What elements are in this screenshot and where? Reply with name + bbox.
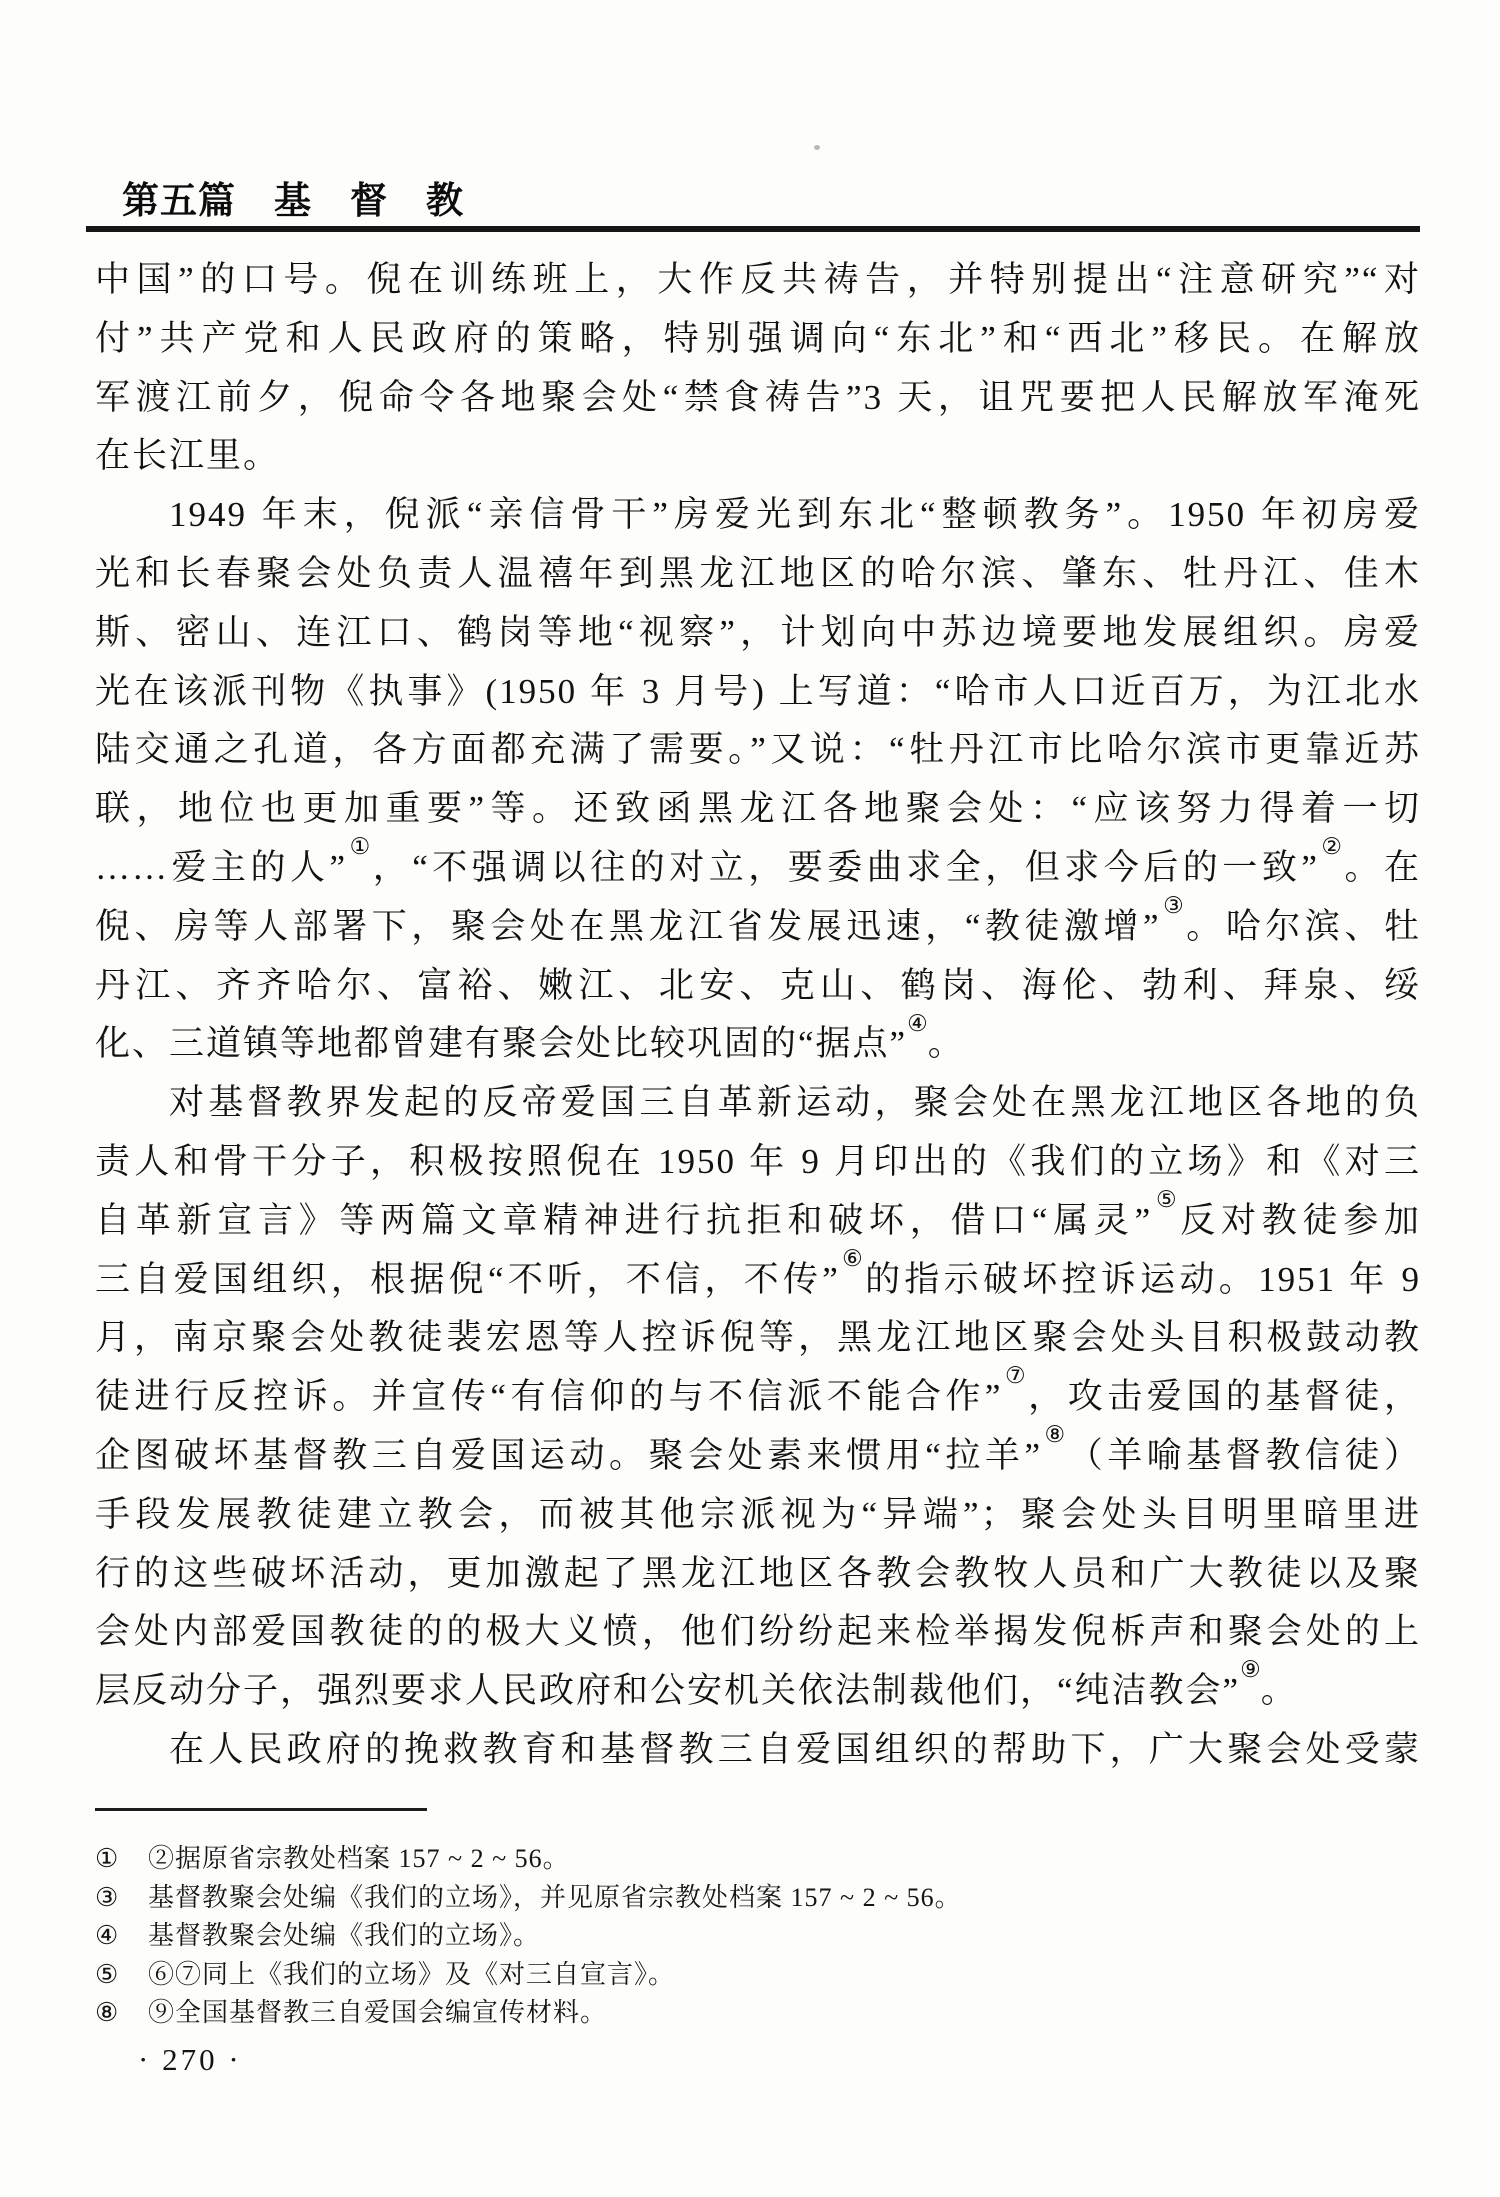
text-line: 企图破坏基督教三自爱国运动。聚会处素来惯用“拉羊”⑧（羊喻基督教信徒） [95, 1427, 1421, 1486]
text-line: 斯、密山、连江口、鹤岗等地“视察”，计划向中苏边境要地发展组织。房爱 [95, 604, 1421, 663]
footnote-item: ⑧⑨全国基督教三自爱国会编宣传材料。 [95, 1994, 1421, 2033]
text-line: 会处内部爱国教徒的的极大义愤，他们纷纷起来检举揭发倪柝声和聚会处的上 [95, 1603, 1421, 1662]
footnote-item: ④基督教聚会处编《我们的立场》。 [95, 1917, 1421, 1956]
text-line: 在人民政府的挽救教育和基督教三自爱国组织的帮助下，广大聚会处受蒙 [95, 1721, 1421, 1780]
footnote-ref: ⑤ [1152, 1187, 1180, 1212]
footnote-item: ①②据原省宗教处档案 157 ~ 2 ~ 56。 [95, 1840, 1421, 1879]
text-line: 军渡江前夕，倪命令各地聚会处“禁食祷告”3 天，诅咒要把人民解放军淹死 [95, 369, 1421, 428]
text-line: 自革新宣言》等两篇文章精神进行抗拒和破坏，借口“属灵”⑤反对教徒参加 [95, 1192, 1421, 1251]
footnote-separator [95, 1808, 427, 1811]
page-number: · 270 · [138, 2042, 242, 2078]
footnote-marker: ③ [95, 1879, 148, 1918]
body-text: 中国”的口号。倪在训练班上，大作反共祷告，并特别提出“注意研究”“对付”共产党和… [95, 251, 1421, 1780]
footnote-item: ⑤⑥⑦同上《我们的立场》及《对三自宣言》。 [95, 1956, 1421, 1995]
text-line: 手段发展教徒建立教会，而被其他宗派视为“异端”；聚会处头目明里暗里进 [95, 1486, 1421, 1545]
footnote-item: ③基督教聚会处编《我们的立场》，并见原省宗教处档案 157 ~ 2 ~ 56。 [95, 1879, 1421, 1918]
scan-speck [814, 145, 820, 150]
footnote-text: ②据原省宗教处档案 157 ~ 2 ~ 56。 [148, 1844, 570, 1873]
footnote-marker: ① [95, 1840, 148, 1879]
footnote-text: 基督教聚会处编《我们的立场》。 [148, 1921, 540, 1950]
footnote-marker: ⑤ [95, 1956, 148, 1995]
running-header: 第五篇 基 督 教 [122, 170, 464, 224]
footnote-text: ⑨全国基督教三自爱国会编宣传材料。 [148, 1998, 607, 2027]
footnote-ref: ③ [1161, 893, 1187, 918]
footnote-marker: ④ [95, 1917, 148, 1956]
footnote-ref: ⑦ [1002, 1363, 1028, 1388]
footnote-text: 基督教聚会处编《我们的立场》，并见原省宗教处档案 157 ~ 2 ~ 56。 [148, 1883, 962, 1912]
footnote-ref: ② [1319, 834, 1345, 859]
text-line: 丹江、齐齐哈尔、富裕、嫩江、北安、克山、鹤岗、海伦、勃利、拜泉、绥 [95, 957, 1421, 1016]
text-line: 三自爱国组织，根据倪“不听，不信，不传”⑥的指示破坏控诉运动。1951 年 9 [95, 1251, 1421, 1310]
text-line: 月，南京聚会处教徒裴宏恩等人控诉倪等，黑龙江地区聚会处头目积极鼓动教 [95, 1309, 1421, 1368]
header-rule [86, 226, 1420, 232]
footnote-marker: ⑧ [95, 1994, 148, 2033]
footnote-ref: ⑧ [1042, 1422, 1068, 1447]
footnote-text: ⑥⑦同上《我们的立场》及《对三自宣言》。 [148, 1960, 675, 1989]
text-line: 化、三道镇等地都曾建有聚会处比较巩固的“据点”④。 [95, 1015, 1421, 1074]
text-line: ……爱主的人”①，“不强调以往的对立，要委曲求全，但求今后的一致”②。在 [95, 839, 1421, 898]
text-line: 倪、房等人部署下，聚会处在黑龙江省发展迅速，“教徒激增”③。哈尔滨、牡 [95, 898, 1421, 957]
text-line: 对基督教界发起的反帝爱国三自革新运动，聚会处在黑龙江地区各地的负 [95, 1074, 1421, 1133]
text-line: 光在该派刊物《执事》(1950 年 3 月号) 上写道：“哈市人口近百万，为江北… [95, 663, 1421, 722]
text-line: 联，地位也更加重要”等。还致函黑龙江各地聚会处：“应该努力得着一切 [95, 780, 1421, 839]
text-line: 层反动分子，强烈要求人民政府和公安机关依法制裁他们，“纯洁教会”⑨。 [95, 1662, 1421, 1721]
text-line: 责人和骨干分子，积极按照倪在 1950 年 9 月印出的《我们的立场》和《对三 [95, 1133, 1421, 1192]
footnote-ref: ④ [907, 1011, 928, 1036]
text-line: 陆交通之孔道，各方面都充满了需要。”又说：“牡丹江市比哈尔滨市更靠近苏 [95, 721, 1421, 780]
text-line: 在长江里。 [95, 427, 1421, 486]
text-line: 光和长春聚会处负责人温禧年到黑龙江地区的哈尔滨、肇东、牡丹江、佳木 [95, 545, 1421, 604]
text-line: 行的这些破坏活动，更加激起了黑龙江地区各教会教牧人员和广大教徒以及聚 [95, 1545, 1421, 1604]
text-line: 1949 年末，倪派“亲信骨干”房爱光到东北“整顿教务”。1950 年初房爱 [95, 486, 1421, 545]
text-line: 徒进行反控诉。并宣传“有信仰的与不信派不能合作”⑦，攻击爱国的基督徒， [95, 1368, 1421, 1427]
footnote-ref: ⑨ [1240, 1657, 1261, 1682]
footnote-ref: ① [347, 834, 373, 859]
section-title: 第五篇 基 督 教 [122, 180, 464, 221]
text-line: 付”共产党和人民政府的策略，特别强调向“东北”和“西北”移民。在解放 [95, 310, 1421, 369]
text-line: 中国”的口号。倪在训练班上，大作反共祷告，并特别提出“注意研究”“对 [95, 251, 1421, 310]
book-page: 第五篇 基 督 教 中国”的口号。倪在训练班上，大作反共祷告，并特别提出“注意研… [0, 0, 1500, 2197]
footnote-ref: ⑥ [840, 1246, 865, 1271]
footnotes-list: ①②据原省宗教处档案 157 ~ 2 ~ 56。③基督教聚会处编《我们的立场》，… [95, 1840, 1421, 2033]
